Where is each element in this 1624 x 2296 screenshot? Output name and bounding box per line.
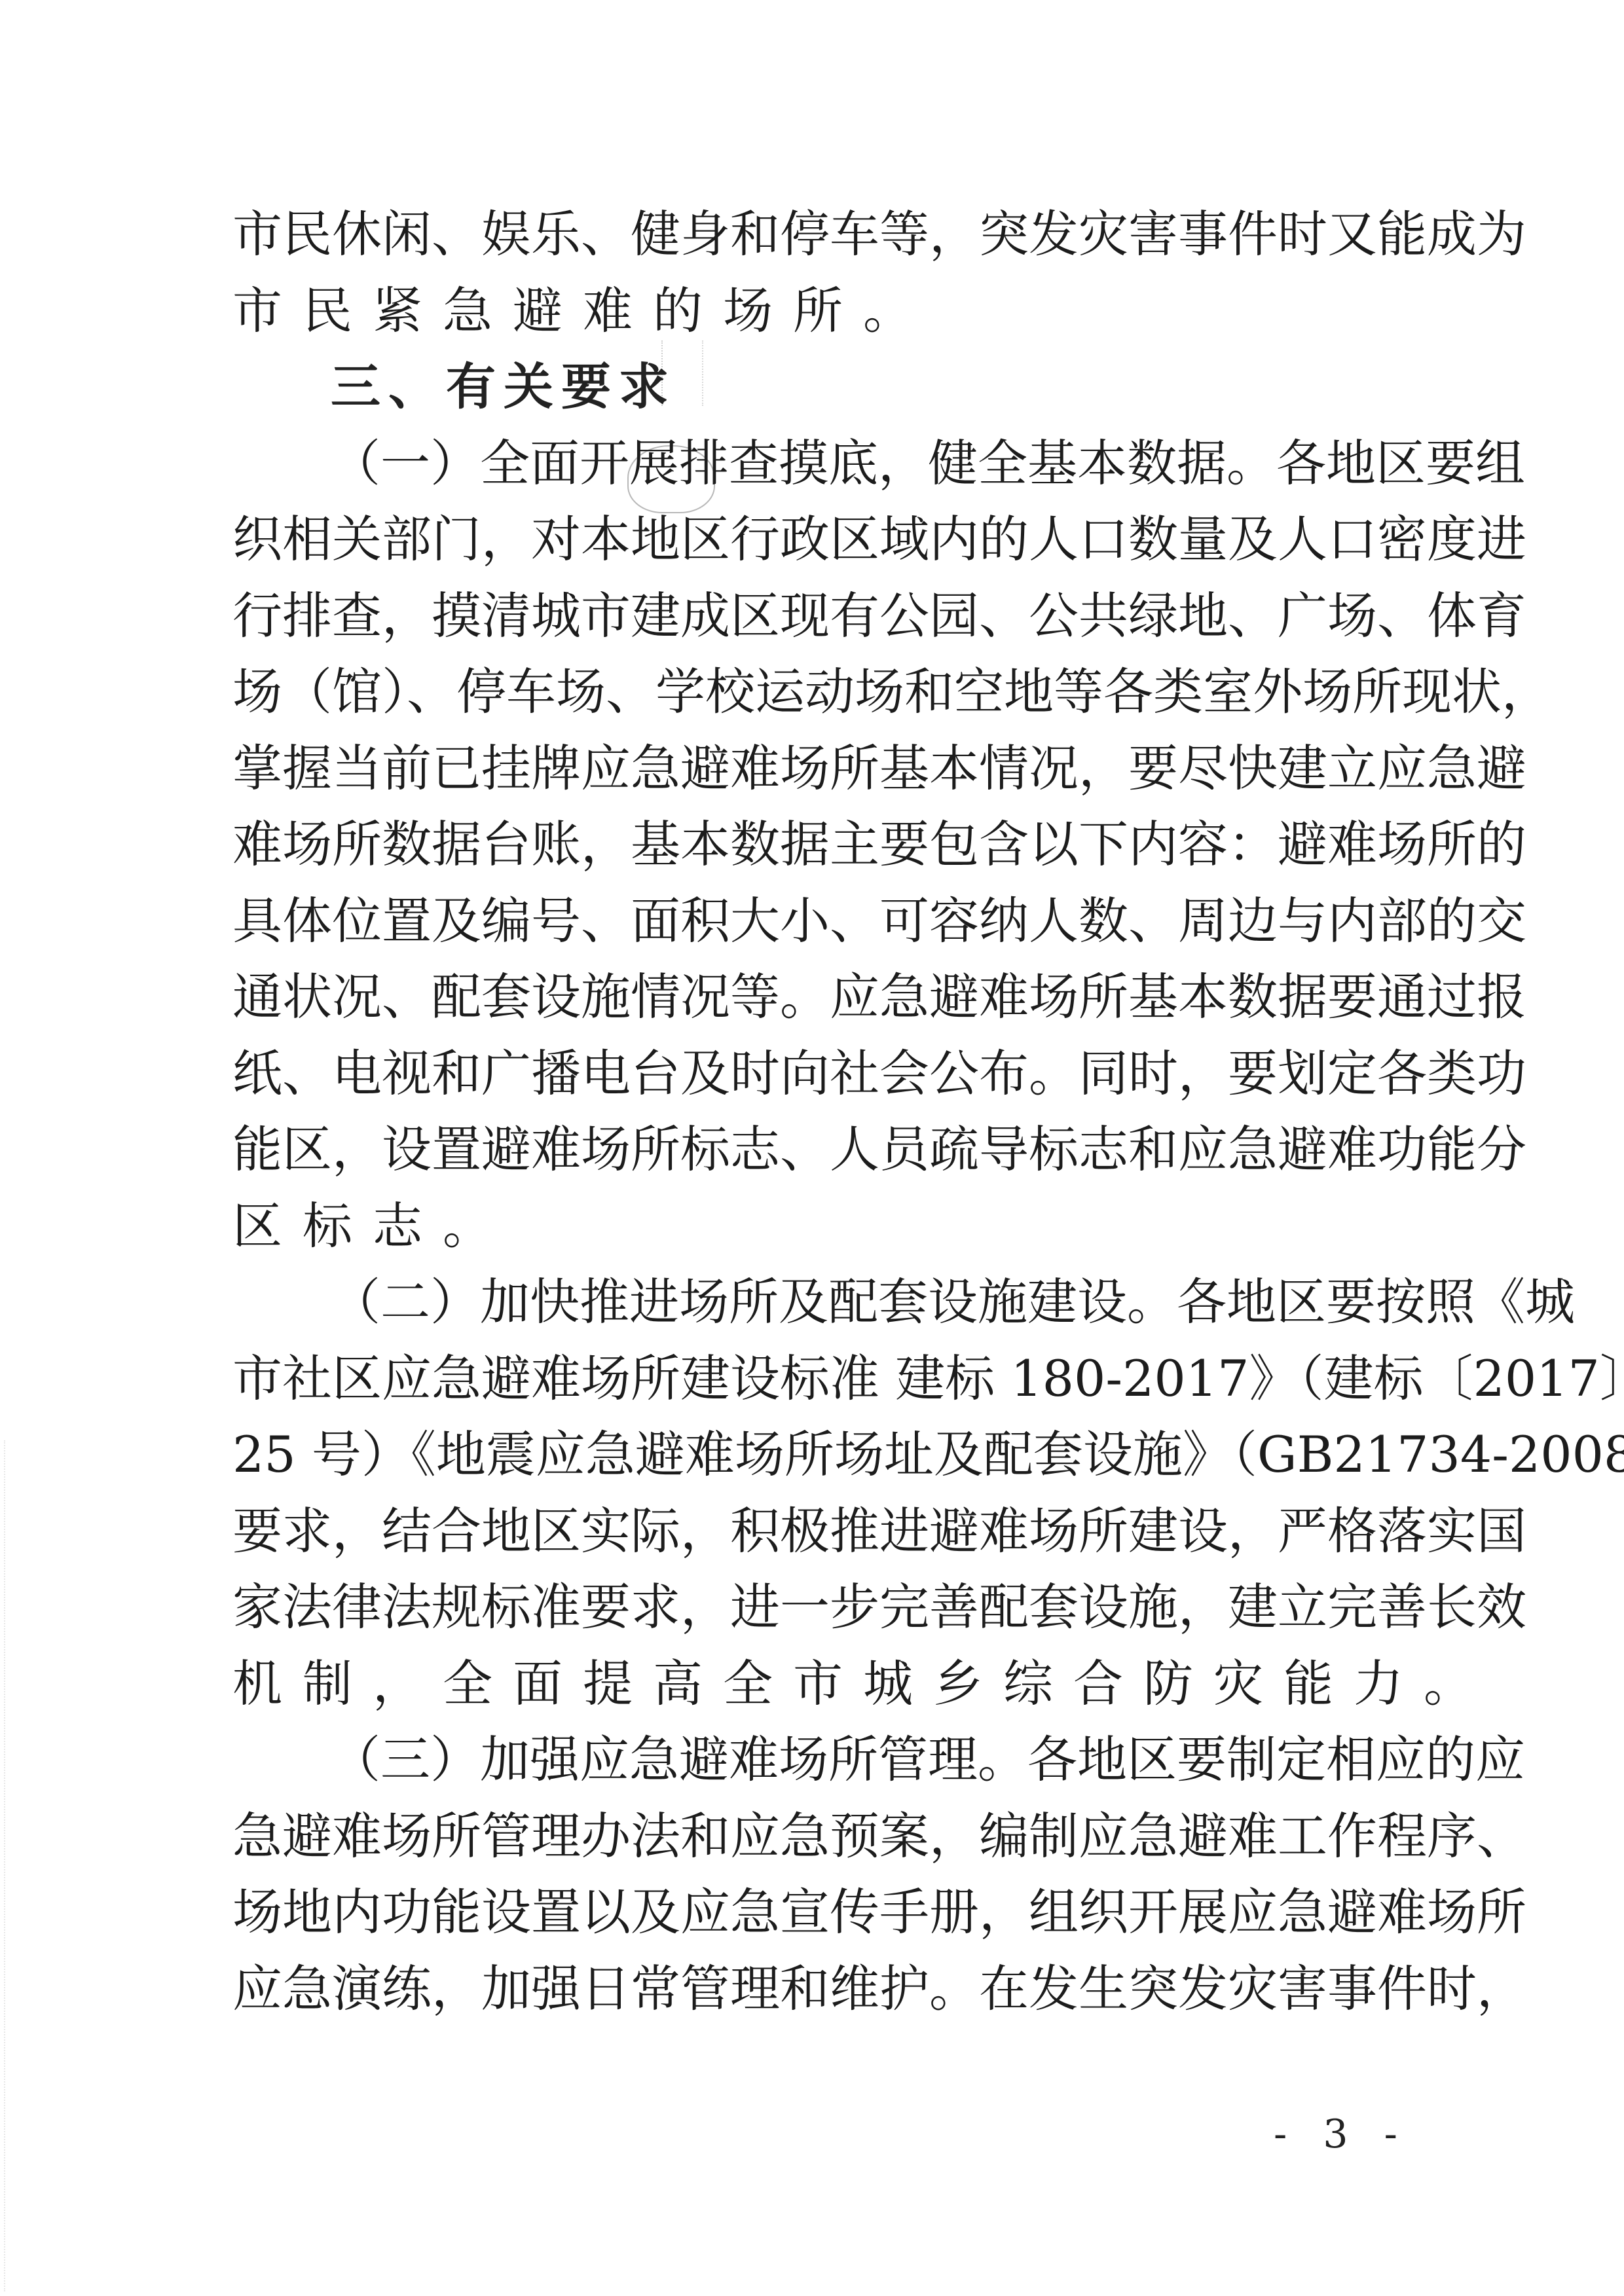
text-line: 市民紧急避难的场所。 <box>232 273 1372 350</box>
document-page: 市民休闲、娱乐、健身和停车等，突发灾害事件时又能成为 市民紧急避难的场所。 三、… <box>0 0 1624 2296</box>
scan-edge-artifact <box>4 1440 7 2291</box>
text-line: 25 号）《地震应急避难场所场址及配套设施》（GB21734-2008） <box>232 1417 1372 1493</box>
subsection-heading-line: （二）加快推进场所及配套设施建设。各地区要按照《城 <box>232 1264 1372 1341</box>
text-line: 纸、电视和广播电台及时向社会公布。同时，要划定各类功 <box>232 1036 1372 1112</box>
text-line: 行排查，摸清城市建成区现有公园、公共绿地、广场、体育 <box>232 578 1372 655</box>
page-number: - 3 - <box>1274 2111 1409 2157</box>
text-line: 织相关部门，对本地区行政区域内的人口数量及人口密度进 <box>232 501 1372 578</box>
text-line: 机制，全面提高全市城乡综合防灾能力。 <box>232 1646 1372 1722</box>
text-line: 能区，设置避难场所标志、人员疏导标志和应急避难功能分 <box>232 1112 1372 1188</box>
subsection-heading-line: （一）全面开展排查摸底，健全基本数据。各地区要组 <box>232 426 1372 502</box>
text-line: 掌握当前已挂牌应急避难场所基本情况，要尽快建立应急避 <box>232 731 1372 807</box>
text-line: 市民休闲、娱乐、健身和停车等，突发灾害事件时又能成为 <box>232 196 1372 273</box>
body-text: 市民休闲、娱乐、健身和停车等，突发灾害事件时又能成为 市民紧急避难的场所。 三、… <box>232 196 1372 2027</box>
text-line: 难场所数据台账，基本数据主要包含以下内容：避难场所的 <box>232 807 1372 883</box>
subsection-heading-line: （三）加强应急避难场所管理。各地区要制定相应的应 <box>232 1722 1372 1798</box>
text-line: 场（馆）、停车场、学校运动场和空地等各类室外场所现状， <box>232 654 1372 731</box>
section-heading: 三、有关要求 <box>232 349 1372 426</box>
text-line: 通状况、配套设施情况等。应急避难场所基本数据要通过报 <box>232 959 1372 1036</box>
text-line: 场地内功能设置以及应急宣传手册，组织开展应急避难场所 <box>232 1874 1372 1951</box>
text-line: 要求，结合地区实际，积极推进避难场所建设，严格落实国 <box>232 1493 1372 1570</box>
text-line: 家法律法规标准要求，进一步完善配套设施，建立完善长效 <box>232 1569 1372 1646</box>
text-line: 具体位置及编号、面积大小、可容纳人数、周边与内部的交 <box>232 883 1372 960</box>
text-line: 区标志。 <box>232 1188 1372 1265</box>
text-line: 市社区应急避难场所建设标准 建标 180-2017》（建标〔2017〕 <box>232 1341 1372 1417</box>
text-line: 急避难场所管理办法和应急预案，编制应急避难工作程序、 <box>232 1798 1372 1875</box>
text-line: 应急演练，加强日常管理和维护。在发生突发灾害事件时， <box>232 1951 1372 2028</box>
